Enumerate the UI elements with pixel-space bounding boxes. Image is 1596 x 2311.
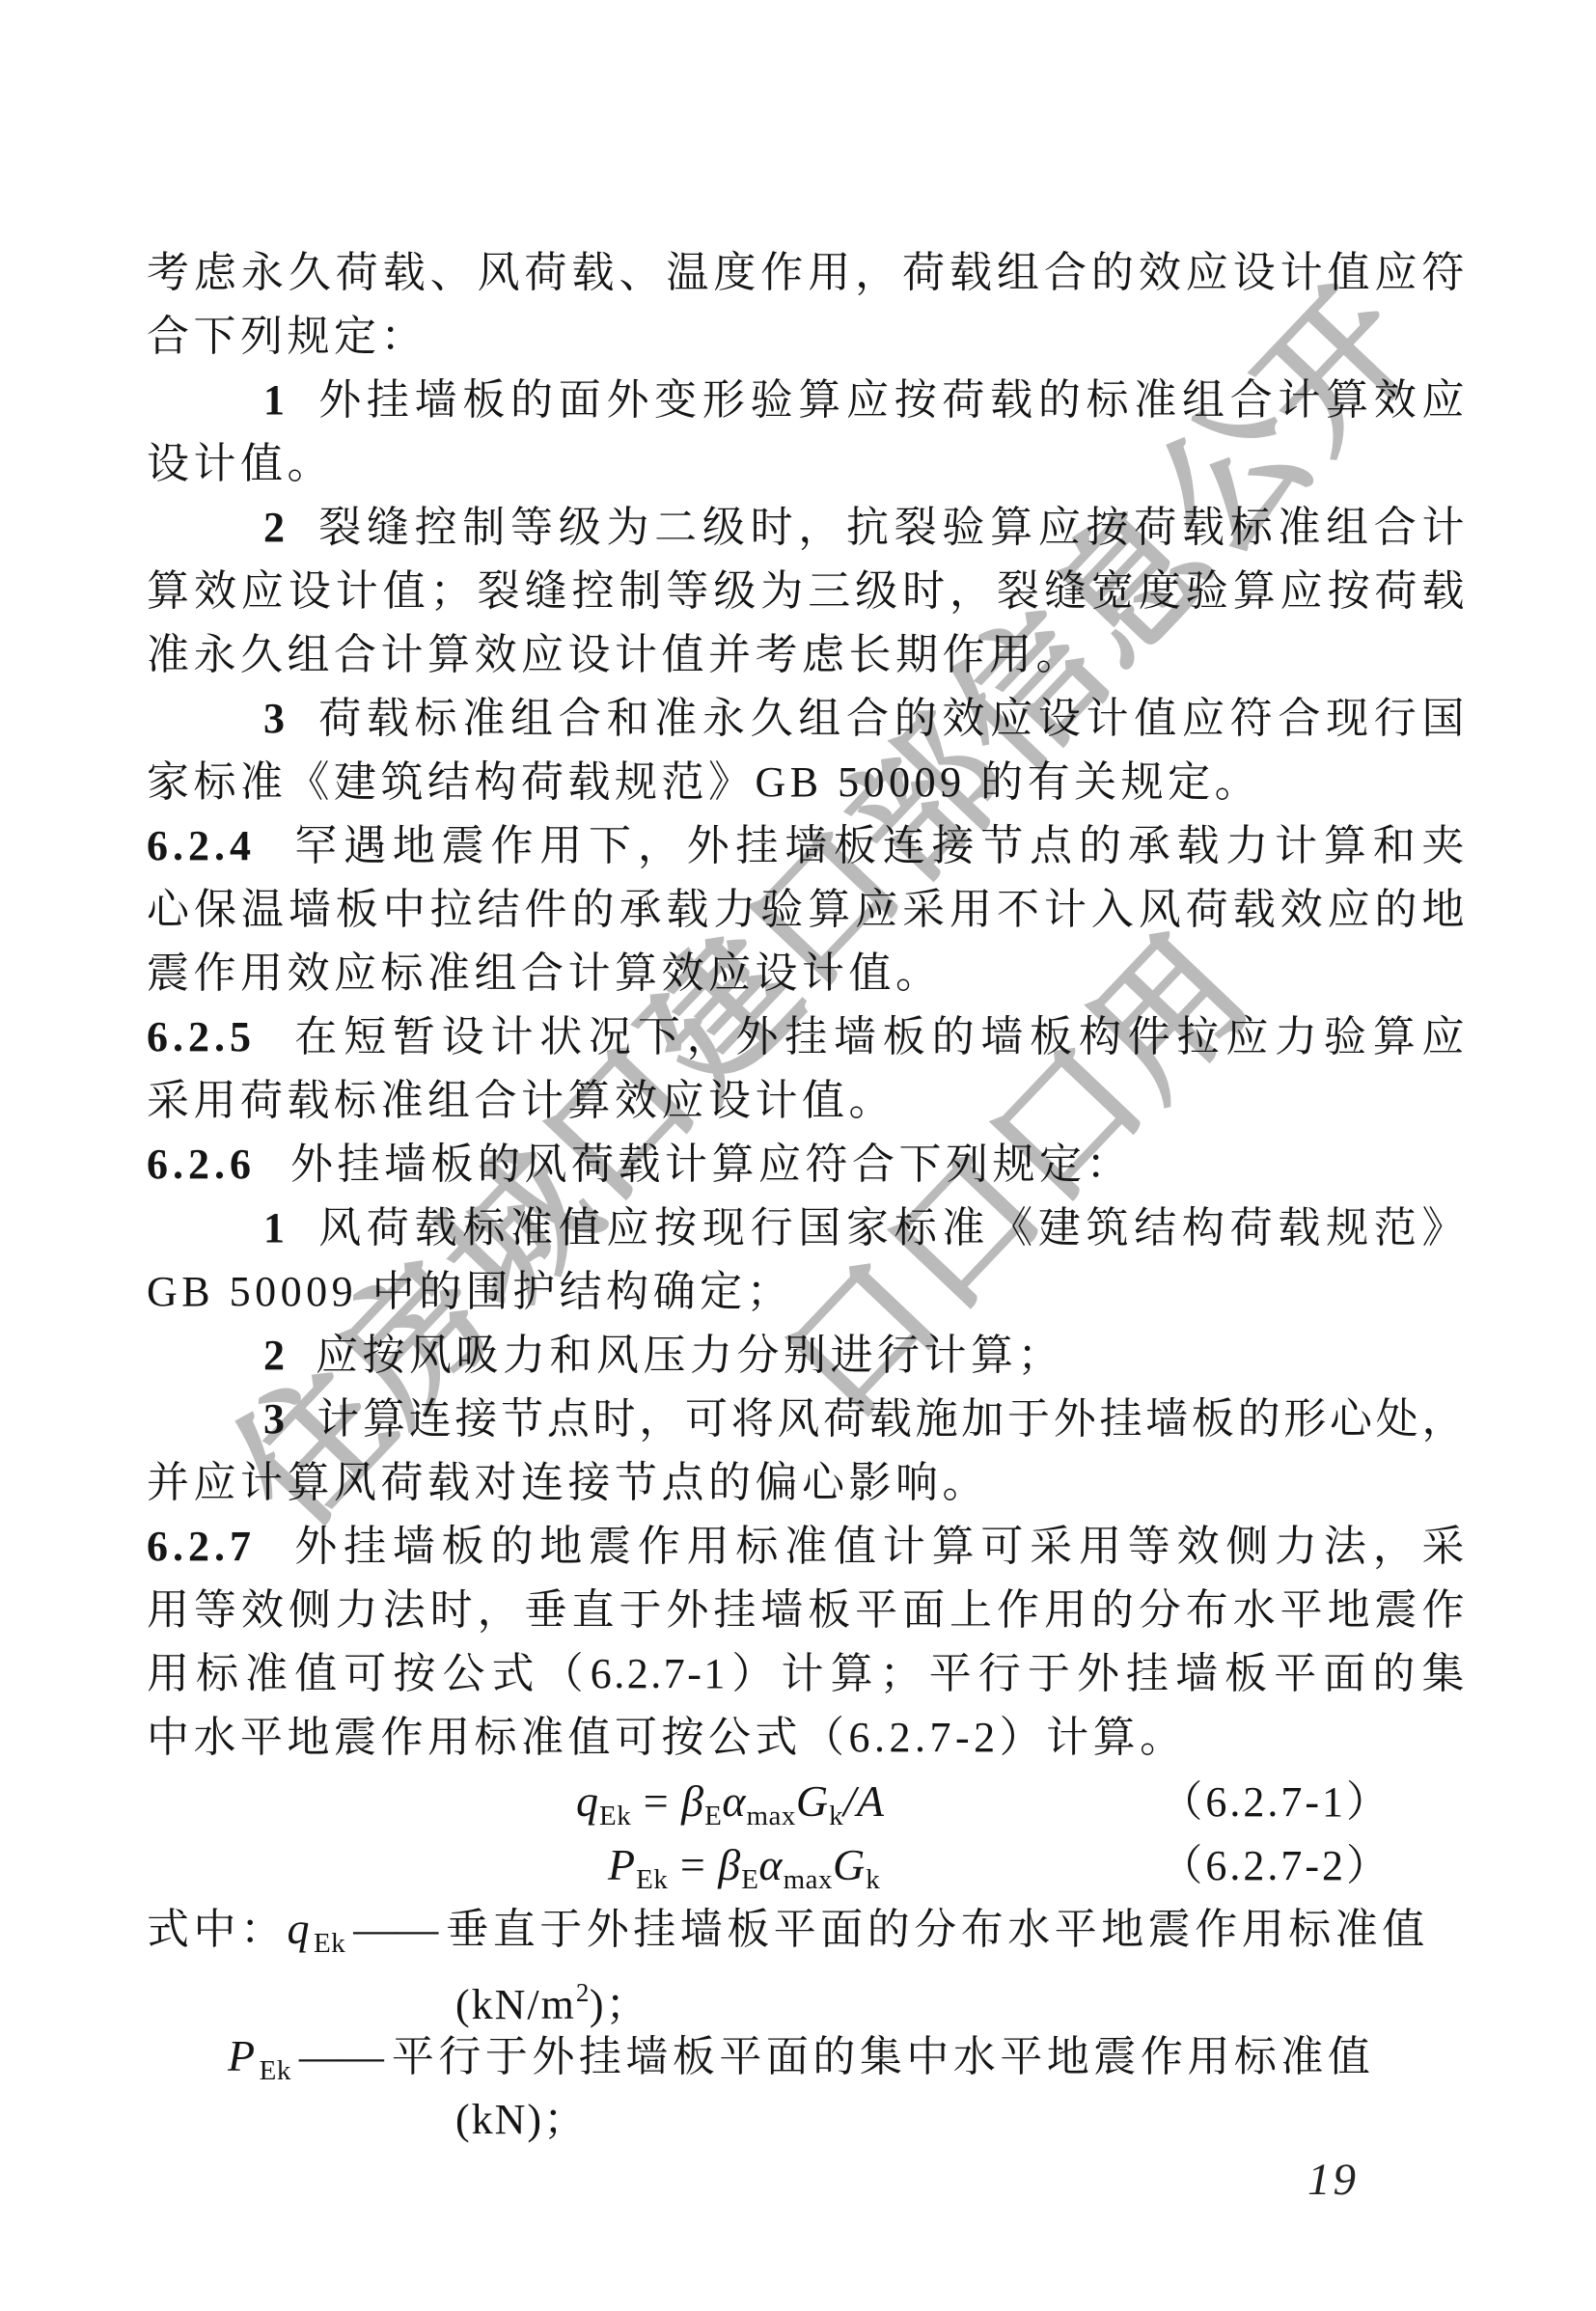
text-line: 2裂缝控制等级为二级时，抗裂验算应按荷载标准组合计 [147,496,1467,560]
body-text: 用标准值可按公式（6.2.7-1）计算；平行于外挂墙板平面的集 [147,1650,1467,1697]
body-text: 心保温墙板中拉结件的承载力验算应采用不计入风荷载效应的地 [147,886,1467,933]
definition-text: 垂直于外挂墙板平面的分布水平地震作用标准值 [446,1906,1429,1953]
text-line: 考虑永久荷载、风荷载、温度作用，荷载组合的效应设计值应符 [147,241,1467,305]
definition-dash: —— [353,1906,438,1953]
equation-number: （6.2.7-2） [1160,1834,1391,1898]
text-line: 家标准《建筑结构荷载规范》GB 50009 的有关规定。 [147,751,1467,814]
text-line: 2应按风吸力和风压力分别进行计算； [147,1324,1467,1388]
text-line: (kN)； [147,2088,1467,2152]
formula-part: q [576,1776,599,1826]
body-text: 计算连接节点时，可将风荷载施加于外挂墙板的形心处， [316,1395,1467,1443]
formula-part: α [722,1776,746,1826]
text-line: (kN/m2)； [147,1961,1467,2024]
formula-part: Ek [260,2055,291,2086]
formula-part: P [608,1840,636,1889]
text-line: 3荷载标准组合和准永久组合的效应设计值应符合现行国 [147,687,1467,751]
body-text: 震作用效应标准组合计算效应设计值。 [147,949,943,997]
body-text: 裂缝控制等级为二级时，抗裂验算应按荷载标准组合计 [316,504,1467,551]
formula-part: Ek [314,1928,345,1959]
text-line: 6.2.4罕遇地震作用下，外挂墙板连接节点的承载力计算和夹 [147,814,1467,878]
item-number: 2 [263,1332,285,1379]
definition-text: 平行于外挂墙板平面的集中水平地震作用标准值 [392,2033,1375,2080]
body-text: 用等效侧力法时，垂直于外挂墙板平面上作用的分布水平地震作 [147,1586,1467,1634]
body-text: 合下列规定： [147,313,427,360]
body-text: 并应计算风荷载对连接节点的偏心影响。 [147,1459,989,1506]
body-text: 考虑永久荷载、风荷载、温度作用，荷载组合的效应设计值应符 [147,249,1467,296]
formula-part: = [668,1840,718,1889]
where-label: 式中： [147,1906,288,1953]
formula-part: G [796,1776,829,1826]
clause-number: 6.2.5 [147,1013,256,1060]
text-line: 6.2.6外挂墙板的风荷载计算应符合下列规定： [147,1133,1467,1197]
body-text: 家标准《建筑结构荷载规范》GB 50009 的有关规定。 [147,758,1261,806]
text-line: 准永久组合计算效应设计值并考虑长期作用。 [147,623,1467,687]
body-text: 设计值。 [147,440,334,487]
text-line: 设计值。 [147,432,1467,496]
formula-part: P [228,2031,260,2080]
body-text: 外挂墙板的面外变形验算应按荷载的标准组合计算效应 [316,376,1467,424]
text-line: qEk = βEαmaxGk/A（6.2.7-1） [147,1770,1467,1833]
text-line: 6.2.5在短暂设计状况下，外挂墙板的墙板构件拉应力验算应 [147,1005,1467,1069]
body-text: 在短暂设计状况下，外挂墙板的墙板构件拉应力验算应 [290,1013,1467,1060]
page-number: 19 [1307,2154,1359,2206]
variable-symbol: qEk [288,1904,346,1953]
formula-part: α [758,1840,783,1889]
text-line: 式中：qEk——垂直于外挂墙板平面的分布水平地震作用标准值 [147,1897,1467,1961]
body-text: 算效应设计值；裂缝控制等级为三级时，裂缝宽度验算应按荷载 [147,567,1467,615]
text-column: 考虑永久荷载、风荷载、温度作用，荷载组合的效应设计值应符合下列规定：1外挂墙板的… [147,241,1467,2152]
text-line: GB 50009 中的围护结构确定； [147,1260,1467,1324]
body-text: 采用荷载标准组合计算效应设计值。 [147,1077,895,1124]
item-number: 3 [263,695,285,742]
variable-symbol: PEk [228,2031,291,2080]
text-line: PEk = βEαmaxGk（6.2.7-2） [147,1833,1467,1897]
formula-part: E [704,1801,722,1831]
text-line: 算效应设计值；裂缝控制等级为三级时，裂缝宽度验算应按荷载 [147,560,1467,623]
item-number: 1 [263,1204,285,1252]
formula-part: Ek [599,1801,631,1831]
document-page: 住房城口建口部信息公开 口口口用 考虑永久荷载、风荷载、温度作用，荷载组合的效应… [0,0,1596,2311]
formula-part: max [784,1864,833,1895]
body-text: 荷载标准组合和准永久组合的效应设计值应符合现行国 [316,695,1467,742]
clause-number: 6.2.4 [147,822,256,869]
formula-part: 2 [576,1978,590,2007]
body-text: 外挂墙板的风荷载计算应符合下列规定： [290,1141,1133,1188]
formula-part: β [681,1776,704,1826]
text-line: 1外挂墙板的面外变形验算应按荷载的标准组合计算效应 [147,369,1467,432]
item-number: 1 [263,376,285,424]
formula-part: (kN/m [455,1981,576,2028]
text-line: 并应计算风荷载对连接节点的偏心影响。 [147,1451,1467,1515]
text-line: 用等效侧力法时，垂直于外挂墙板平面上作用的分布水平地震作 [147,1579,1467,1642]
body-text: 中水平地震作用标准值可按公式（6.2.7-2）计算。 [147,1714,1187,1761]
body-text: GB 50009 中的围护结构确定； [147,1268,793,1315]
clause-number: 6.2.7 [147,1523,256,1570]
clause-number: 6.2.6 [147,1141,256,1188]
formula-part: Ek [636,1864,668,1895]
body-text: 应按风吸力和风压力分别进行计算； [316,1332,1064,1379]
body-text: 风荷载标准值应按现行国家标准《建筑结构荷载规范》 [316,1204,1467,1252]
text-line: 震作用效应标准组合计算效应设计值。 [147,942,1467,1005]
text-line: 合下列规定： [147,305,1467,369]
text-line: 中水平地震作用标准值可按公式（6.2.7-2）计算。 [147,1706,1467,1770]
text-line: 6.2.7外挂墙板的地震作用标准值计算可采用等效侧力法，采 [147,1515,1467,1579]
text-line: 心保温墙板中拉结件的承载力验算应采用不计入风荷载效应的地 [147,878,1467,942]
formula-part: k [866,1864,880,1895]
formula-part: k [829,1801,843,1831]
text-line: PEk——平行于外挂墙板平面的集中水平地震作用标准值 [147,2024,1467,2088]
equation-number: （6.2.7-1） [1160,1771,1391,1834]
formula-part: /A [843,1776,885,1826]
text-line: 用标准值可按公式（6.2.7-1）计算；平行于外挂墙板平面的集 [147,1642,1467,1706]
formula-part: (kN)； [455,2096,588,2143]
formula-part: )； [590,1981,650,2028]
formula-part: β [718,1840,741,1889]
item-number: 2 [263,504,285,551]
formula-part: q [288,1904,315,1953]
text-line: 1风荷载标准值应按现行国家标准《建筑结构荷载规范》 [147,1197,1467,1260]
formula-part: E [741,1864,758,1895]
body-text: 外挂墙板的地震作用标准值计算可采用等效侧力法，采 [290,1523,1467,1570]
text-line: 采用荷载标准组合计算效应设计值。 [147,1069,1467,1133]
body-text: 罕遇地震作用下，外挂墙板连接节点的承载力计算和夹 [290,822,1467,869]
formula-part: = [631,1776,681,1826]
formula-part: max [746,1801,795,1831]
definition-dash: —— [299,2033,384,2080]
formula-part: G [833,1840,866,1889]
text-line: 3计算连接节点时，可将风荷载施加于外挂墙板的形心处， [147,1388,1467,1451]
item-number: 3 [263,1395,285,1443]
body-text: 准永久组合计算效应设计值并考虑长期作用。 [147,631,1083,678]
